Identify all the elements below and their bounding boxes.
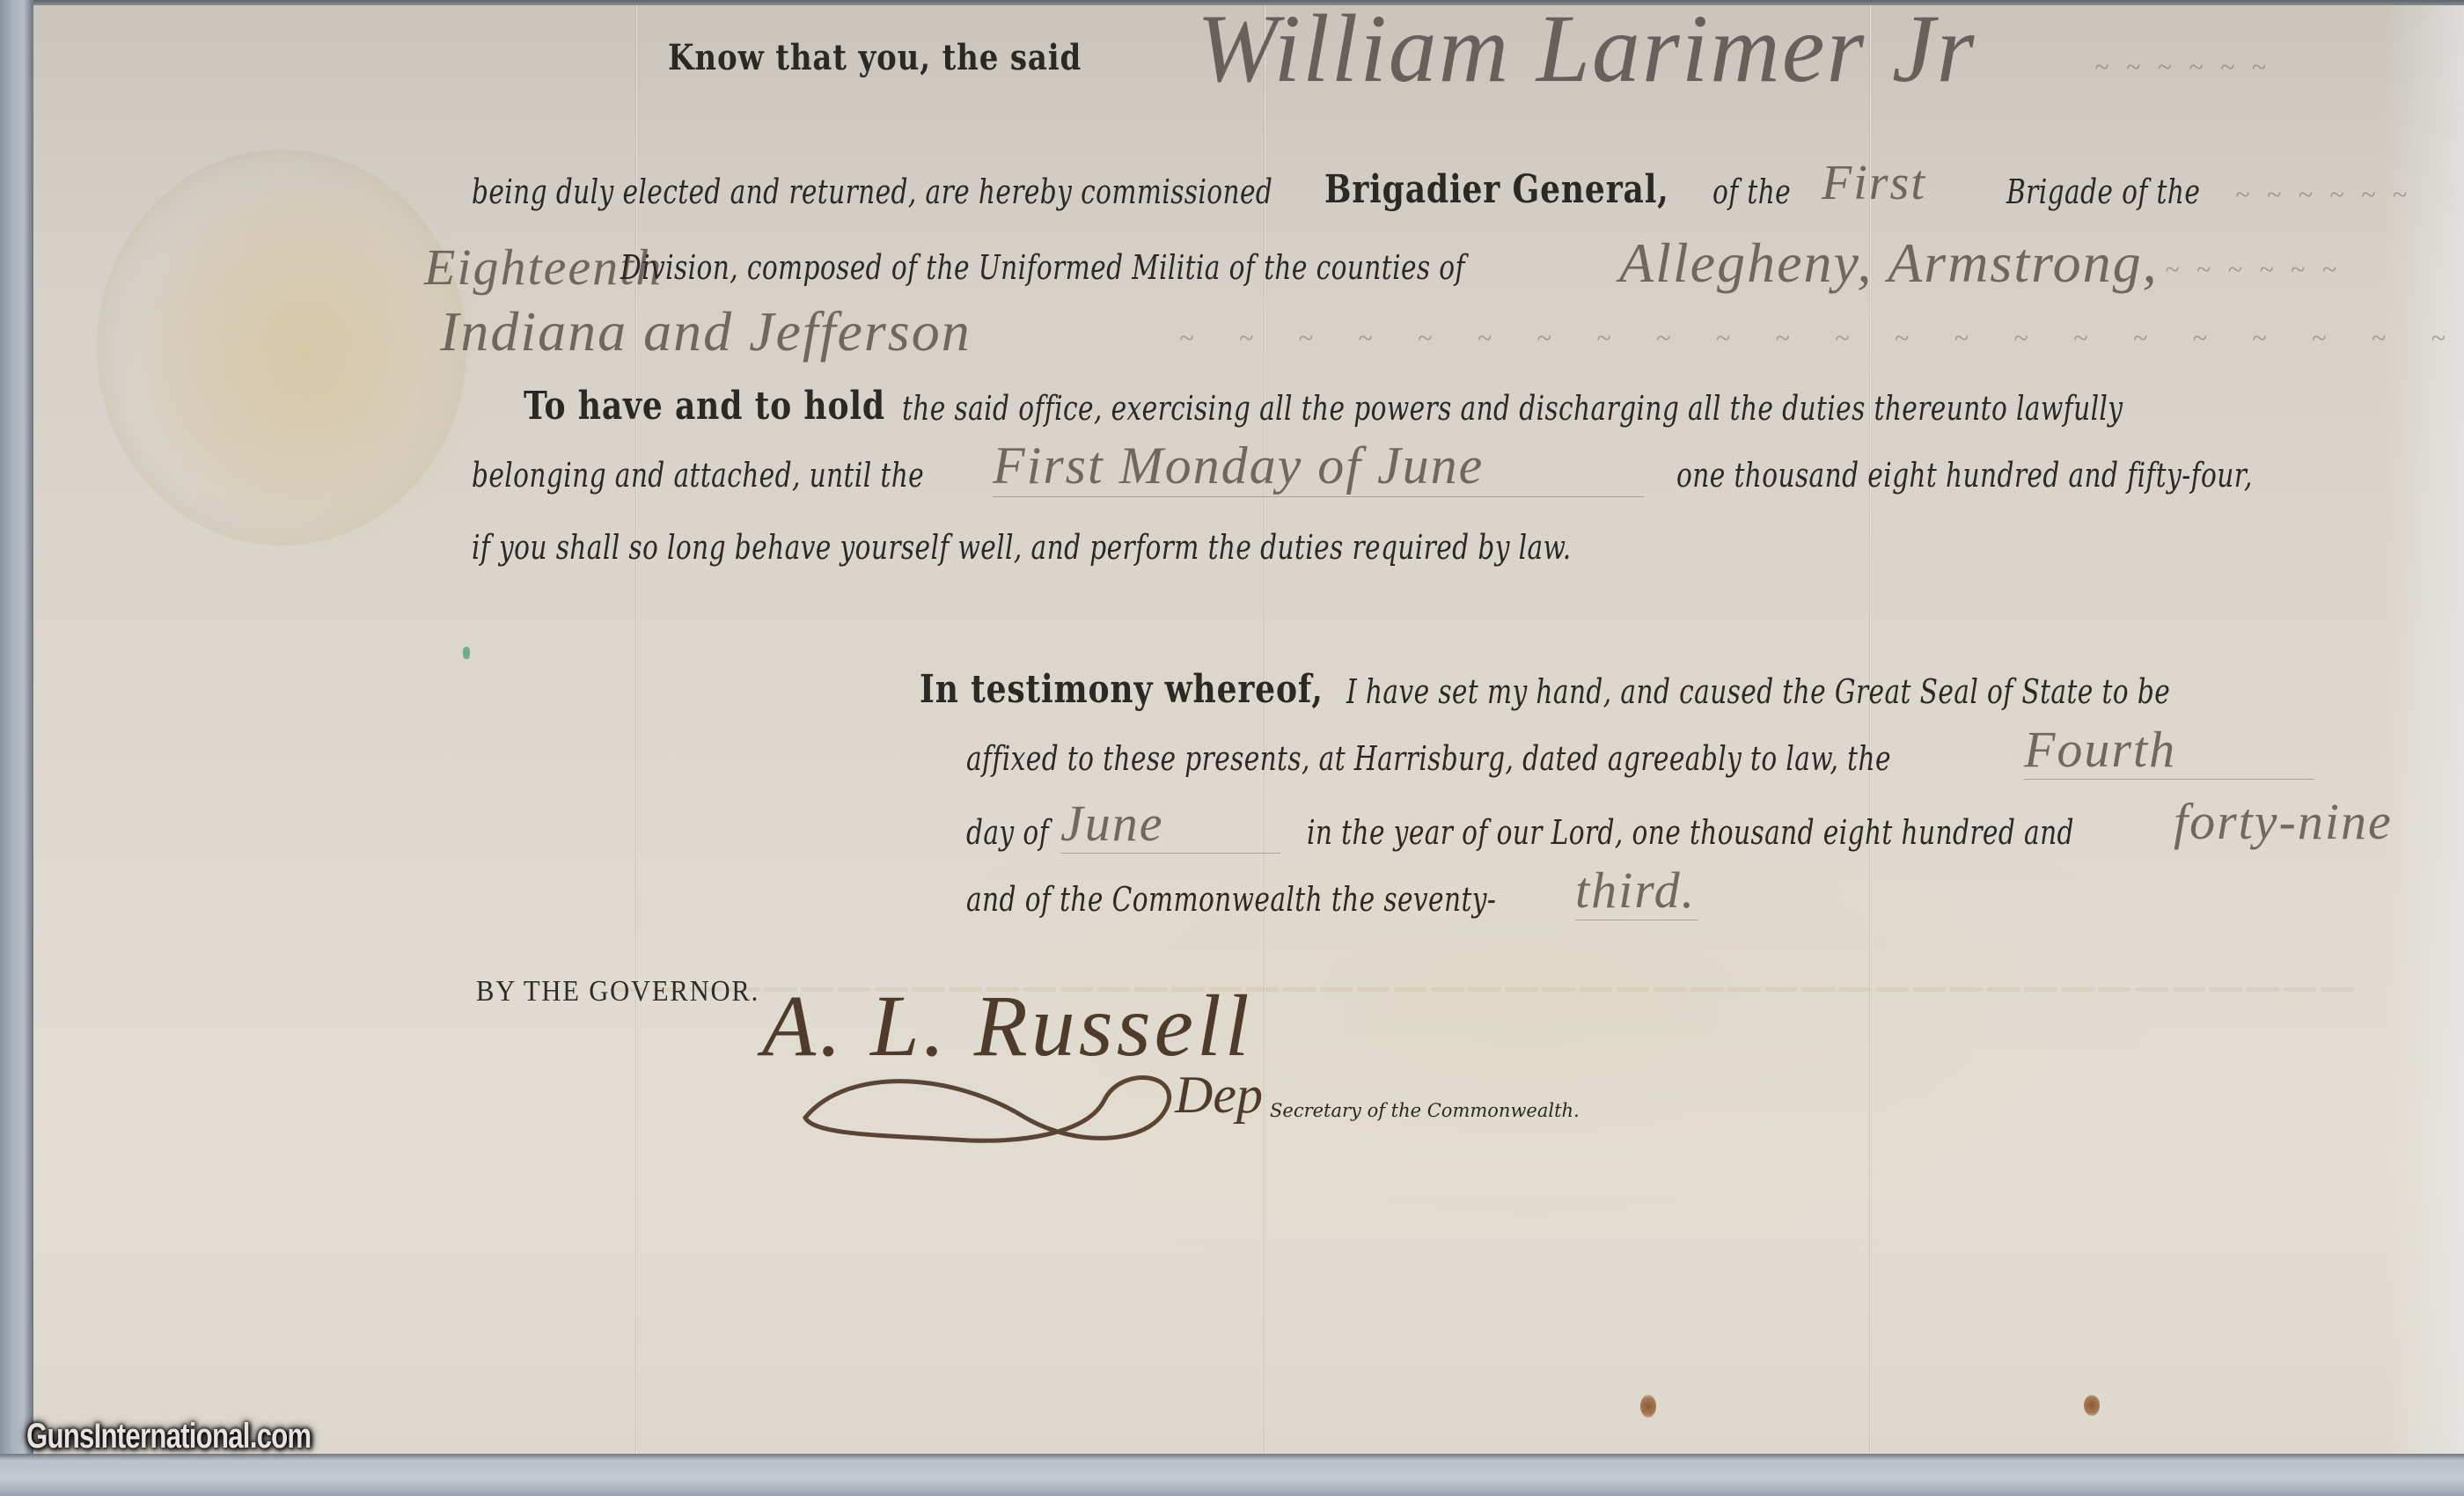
foxing-spot	[1640, 1395, 1656, 1418]
line-commonwealth-seventy: and of the Commonwealth the seventy-	[966, 880, 1496, 919]
seal-impression	[97, 150, 466, 546]
foxing-spot	[2084, 1395, 2100, 1416]
fold-line	[1264, 5, 1266, 1454]
fill-dashes: ~ ~ ~ ~ ~ ~	[2094, 53, 2271, 83]
line-division-composed: Division, composed of the Uniformed Mili…	[620, 248, 1465, 287]
line-year-of-our-lord: in the year of our Lord, one thousand ei…	[1307, 813, 2074, 852]
line-said-office: the said office, exercising all the powe…	[902, 389, 2123, 428]
month-handwritten: June	[1060, 794, 1280, 854]
fold-line	[1869, 5, 1872, 1454]
watermark-logo: GunsInternational.com	[26, 1417, 311, 1456]
ink-speck	[463, 647, 470, 659]
line-being-duly: being duly elected and returned, are her…	[472, 172, 1272, 211]
line-of-the: of the	[1712, 172, 1791, 211]
line-day-of: day of	[966, 813, 1049, 852]
line-if-you-shall: if you shall so long behave yourself wel…	[472, 528, 1572, 567]
line-know-prefix: Know that you, the said	[668, 37, 1082, 78]
scanner-frame-left	[0, 0, 33, 1496]
counties-handwritten-2: Indiana and Jefferson	[440, 299, 972, 364]
rank-brigadier-general: Brigadier General,	[1324, 167, 1669, 212]
counties-handwritten-1: Allegheny, Armstrong,	[1619, 231, 2159, 296]
line-belonging: belonging and attached, until the	[472, 456, 924, 495]
to-have-and-to-hold: To have and to hold	[524, 384, 885, 429]
line-affixed: affixed to these presents, at Harrisburg…	[966, 739, 1891, 778]
commissioned-name-handwritten: William Larimer Jr	[1197, 0, 1976, 105]
in-testimony-whereof: In testimony whereof,	[920, 667, 1324, 712]
fill-dashes: ~ ~ ~ ~ ~ ~	[2165, 255, 2342, 285]
year-handwritten: forty-nine	[2174, 792, 2393, 851]
line-one-thousand-fifty-four: one thousand eight hundred and fifty-fou…	[1676, 456, 2253, 495]
by-the-governor: BY THE GOVERNOR.	[476, 975, 759, 1008]
term-end-handwritten: First Monday of June	[993, 436, 1644, 497]
day-handwritten: Fourth	[2024, 720, 2314, 780]
fill-dashes: ~ ~ ~ ~ ~ ~ ~ ~ ~ ~ ~ ~ ~ ~ ~ ~ ~ ~ ~ ~ …	[1179, 324, 2464, 354]
line-brigade-of-the: Brigade of the	[2006, 172, 2200, 211]
fill-dashes: ~ ~ ~ ~ ~ ~	[2235, 180, 2412, 210]
secretary-title: Secretary of the Commonwealth.	[1270, 1100, 1580, 1121]
deputy-suffix: Dep	[1175, 1065, 1263, 1126]
brigade-number-handwritten: First	[1822, 155, 1926, 211]
ordinal-handwritten: third.	[1575, 861, 1698, 920]
fold-line	[635, 5, 638, 1454]
line-set-my-hand: I have set my hand, and caused the Great…	[1346, 672, 2170, 711]
scanner-frame-bottom	[0, 1454, 2464, 1496]
